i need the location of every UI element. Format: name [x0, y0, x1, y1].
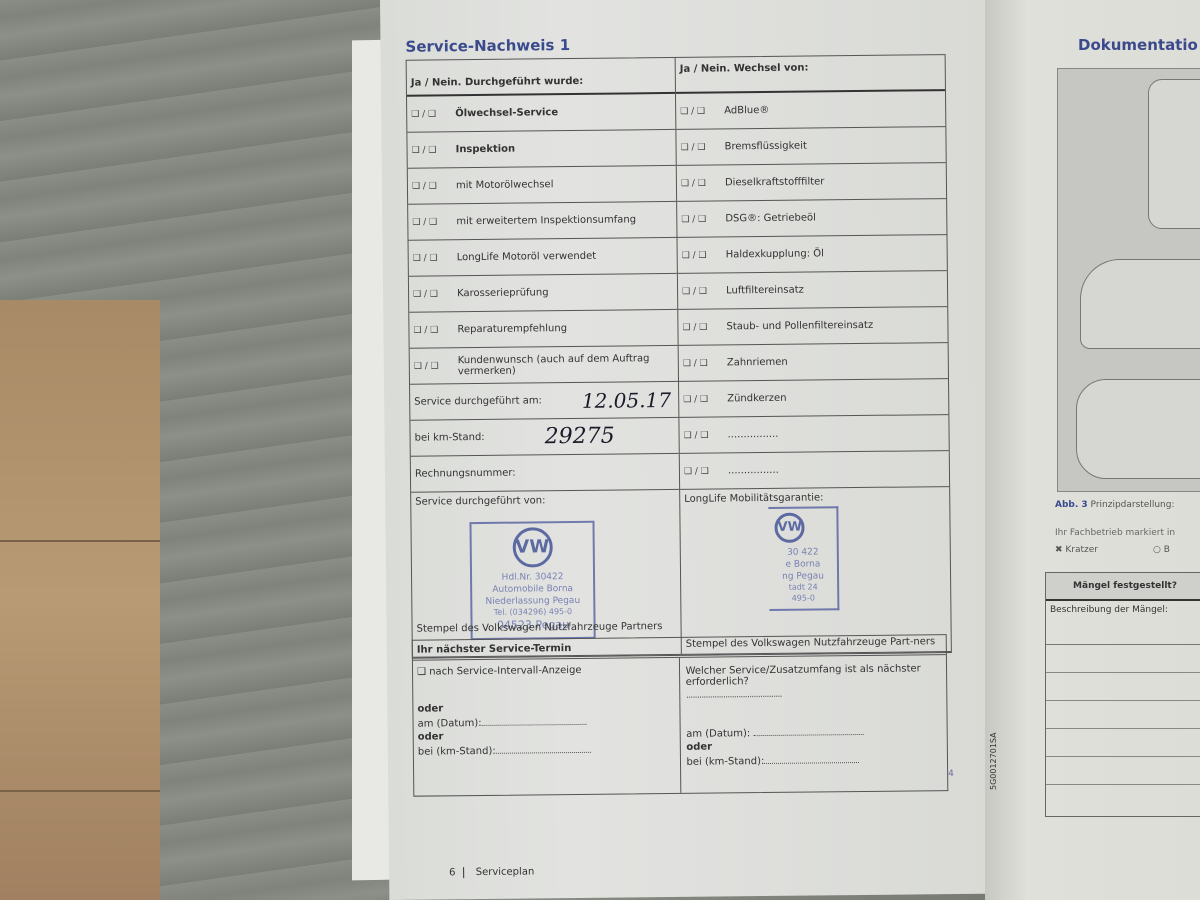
- replaced-item: ❑ / ❑Dieselkraftstofffilter: [677, 163, 946, 202]
- service-date-value[interactable]: 12.05.17: [582, 387, 671, 412]
- yes-no-checkbox[interactable]: ❑ / ❑: [414, 361, 458, 371]
- stamp-line: Niederlassung Pegau: [478, 595, 587, 608]
- stamp-line: tadt 24: [775, 583, 831, 594]
- yes-no-checkbox[interactable]: ❑ / ❑: [413, 325, 457, 335]
- performed-by-box: Service durchgeführt von: VW Hdl.Nr. 304…: [411, 490, 681, 658]
- yes-no-checkbox[interactable]: ❑ / ❑: [413, 289, 457, 299]
- tile-seam: [0, 790, 160, 792]
- floor-tiles: [0, 300, 160, 900]
- replaced-header: Ja / Nein. Wechsel von:: [676, 55, 945, 94]
- replaced-item-label: Zündkerzen: [727, 391, 948, 404]
- replaced-item: ❑ / ❑................: [680, 451, 949, 490]
- performed-item: ❑ / ❑Karosserieprüfung: [409, 274, 677, 313]
- next-service-what: Welcher Service/Zusatzumfang ist als näc…: [679, 655, 947, 793]
- yes-no-checkbox[interactable]: ❑ / ❑: [681, 142, 725, 152]
- performed-by-label: Service durchgeführt von:: [415, 494, 675, 508]
- service-date-label: Service durchgeführt am:: [414, 395, 542, 407]
- km-value[interactable]: 29275: [545, 424, 615, 450]
- vw-logo-icon: VW: [774, 513, 804, 543]
- performed-item-label: mit Motorölwechsel: [456, 178, 676, 191]
- replaced-item-label: DSG®: Getriebeöl: [725, 211, 946, 224]
- next-date-label: am (Datum):: [418, 718, 482, 730]
- performed-item-label: Inspektion: [456, 142, 676, 155]
- invoice-row: Rechnungsnummer:: [411, 454, 679, 493]
- vehicle-diagram: [1057, 68, 1200, 492]
- dotted-line: [482, 715, 587, 726]
- replaced-item: ❑ / ❑AdBlue®: [676, 91, 945, 130]
- yes-no-checkbox[interactable]: ❑ / ❑: [683, 358, 727, 368]
- performed-item: ❑ / ❑Inspektion: [407, 130, 675, 169]
- next-km-label: bei (km-Stand):: [686, 756, 764, 768]
- mobility-stamp: VW 30 422 e Borna ng Pegau tadt 24 495-0: [768, 506, 839, 611]
- legend-other: ○ B: [1153, 545, 1170, 555]
- replaced-column: Ja / Nein. Wechsel von: ❑ / ❑AdBlue®❑ / …: [676, 55, 951, 655]
- figure-caption: Abb. 3 Prinzipdarstellung:: [1055, 500, 1175, 510]
- legend-scratch: ✖ Kratzer: [1055, 545, 1098, 555]
- service-form: Ja / Nein. Durchgeführt wurde: ❑ / ❑Ölwe…: [406, 54, 952, 659]
- replaced-item-label: ................: [728, 463, 949, 476]
- dotted-line: [496, 743, 591, 754]
- or-text: oder: [417, 701, 675, 715]
- yes-no-checkbox[interactable]: ❑ / ❑: [412, 181, 456, 191]
- invoice-label: Rechnungsnummer:: [415, 468, 516, 480]
- page-number: 6: [449, 867, 464, 878]
- performed-item: ❑ / ❑Ölwechsel-Service: [407, 94, 675, 133]
- checkbox-icon: ❑: [417, 667, 429, 678]
- defects-box: Mängel festgestellt? Beschreibung der Mä…: [1045, 572, 1200, 817]
- interval-option-label: nach Service-Intervall-Anzeige: [429, 665, 581, 678]
- figure-text: Prinzipdarstellung:: [1091, 500, 1175, 510]
- figure-label: Abb. 3: [1055, 500, 1088, 510]
- interval-option[interactable]: ❑ nach Service-Intervall-Anzeige: [417, 664, 675, 678]
- stamp-line: 30 422: [775, 546, 831, 559]
- performed-item: ❑ / ❑Reparaturempfehlung: [409, 310, 677, 349]
- next-date-field-2[interactable]: am (Datum):: [686, 724, 941, 740]
- replaced-item-label: Luftfiltereinsatz: [726, 283, 947, 296]
- replaced-item: ❑ / ❑Zündkerzen: [679, 379, 948, 418]
- performed-item: ❑ / ❑Kundenwunsch (auch auf dem Auftrag …: [410, 346, 678, 385]
- stamp-caption: Stempel des Volkswagen Nutzfahrzeuge Par…: [417, 621, 663, 635]
- performed-item-label: mit erweitertem Inspektionsumfang: [456, 214, 676, 227]
- mobility-label: LongLife Mobilitätsgarantie:: [684, 491, 945, 505]
- next-km-label: bei (km-Stand):: [418, 746, 496, 758]
- yes-no-checkbox[interactable]: ❑ / ❑: [684, 430, 728, 440]
- mobility-box: LongLife Mobilitätsgarantie: VW 30 422 e…: [680, 487, 951, 655]
- next-service-when: ❑ nach Service-Intervall-Anzeige oder am…: [413, 658, 681, 796]
- vw-logo-icon: VW: [512, 527, 552, 567]
- yes-no-checkbox[interactable]: ❑ / ❑: [412, 145, 456, 155]
- dotted-line: [764, 753, 859, 764]
- replaced-item-label: ................: [728, 427, 949, 440]
- yes-no-checkbox[interactable]: ❑ / ❑: [683, 394, 727, 404]
- replaced-item: ❑ / ❑Haldexkupplung: Öl: [678, 235, 947, 274]
- replaced-item-label: Dieselkraftstofffilter: [725, 175, 946, 188]
- replaced-item: ❑ / ❑Luftfiltereinsatz: [678, 271, 947, 310]
- performed-item: ❑ / ❑mit erweitertem Inspektionsumfang: [408, 202, 676, 241]
- stamp-line: 495-0: [775, 594, 831, 605]
- replaced-item: ❑ / ❑DSG®: Getriebeöl: [677, 199, 946, 238]
- defects-header: Mängel festgestellt?: [1046, 573, 1200, 601]
- yes-no-checkbox[interactable]: ❑ / ❑: [681, 178, 725, 188]
- section-name: Serviceplan: [476, 866, 535, 878]
- performed-item-label: Ölwechsel-Service: [455, 106, 675, 119]
- yes-no-checkbox[interactable]: ❑ / ❑: [682, 286, 726, 296]
- yes-no-checkbox[interactable]: ❑ / ❑: [681, 214, 725, 224]
- yes-no-checkbox[interactable]: ❑ / ❑: [680, 106, 724, 116]
- tile-seam: [0, 540, 160, 542]
- van-side-view: [1080, 259, 1200, 349]
- replaced-item: ❑ / ❑Bremsflüssigkeit: [676, 127, 945, 166]
- next-service-answer-field[interactable]: ........................................…: [686, 687, 941, 701]
- page-footer: 6 Serviceplan: [449, 866, 534, 878]
- performed-item-label: LongLife Motoröl verwendet: [457, 250, 677, 263]
- yes-no-checkbox[interactable]: ❑ / ❑: [682, 322, 726, 332]
- dealer-note: Ihr Fachbetrieb markiert in: [1055, 528, 1175, 538]
- performed-item-label: Kundenwunsch (auch auf dem Auftrag verme…: [458, 352, 678, 376]
- next-date-field[interactable]: am (Datum):: [418, 714, 676, 730]
- performed-item: ❑ / ❑mit Motorölwechsel: [408, 166, 676, 205]
- documentation-title: Dokumentatio: [1078, 36, 1198, 54]
- performed-item-label: Karosserieprüfung: [457, 286, 677, 299]
- performed-header: Ja / Nein. Durchgeführt wurde:: [407, 58, 675, 97]
- defects-description-label: Beschreibung der Mängel:: [1046, 601, 1200, 645]
- yes-no-checkbox[interactable]: ❑ / ❑: [684, 466, 728, 476]
- yes-no-checkbox[interactable]: ❑ / ❑: [411, 109, 455, 119]
- replaced-item: ❑ / ❑................: [679, 415, 948, 454]
- stamp-line: Automobile Borna: [478, 583, 587, 596]
- defects-lines[interactable]: [1046, 645, 1200, 785]
- km-label: bei km-Stand:: [415, 432, 485, 444]
- document-code: 5G0012701SA: [989, 732, 998, 790]
- or-text: oder: [686, 739, 941, 753]
- stamp-line: ng Pegau: [775, 571, 831, 584]
- km-row: bei km-Stand: 29275: [410, 418, 678, 457]
- replaced-item-label: Staub- und Pollenfiltereinsatz: [726, 319, 947, 332]
- replaced-item: ❑ / ❑Staub- und Pollenfiltereinsatz: [678, 307, 947, 346]
- next-km-field-2[interactable]: bei (km-Stand):: [686, 752, 941, 768]
- performed-item: ❑ / ❑LongLife Motoröl verwendet: [409, 238, 677, 277]
- replaced-item-label: Bremsflüssigkeit: [724, 139, 945, 152]
- legend: ✖ Kratzer○ B: [1055, 545, 1170, 555]
- documentation-page: Dokumentatio Abb. 3 Prinzipdarstellung: …: [985, 0, 1200, 900]
- replaced-item-label: AdBlue®: [724, 103, 945, 116]
- replaced-item: ❑ / ❑Zahnriemen: [679, 343, 948, 382]
- replaced-item-label: Haldexkupplung: Öl: [726, 247, 947, 260]
- replaced-item-label: Zahnriemen: [727, 355, 948, 368]
- service-date-row: Service durchgeführt am: 12.05.17: [410, 382, 678, 421]
- corner-mark: 4: [948, 769, 954, 779]
- performed-column: Ja / Nein. Durchgeführt wurde: ❑ / ❑Ölwe…: [407, 58, 682, 658]
- van-front-view: [1148, 79, 1200, 229]
- yes-no-checkbox[interactable]: ❑ / ❑: [682, 250, 726, 260]
- performed-item-label: Reparaturempfehlung: [457, 322, 677, 335]
- stamp-line: Tel. (034296) 495-0: [478, 607, 587, 619]
- service-record-page: Service-Nachweis 1 Ja / Nein. Durchgefüh…: [380, 0, 994, 900]
- stamp-line: e Borna: [775, 558, 831, 571]
- next-date-label: am (Datum):: [686, 728, 750, 740]
- next-km-field[interactable]: bei (km-Stand):: [418, 742, 676, 758]
- stamp-line: Hdl.Nr. 30422: [478, 571, 587, 584]
- yes-no-checkbox[interactable]: ❑ / ❑: [412, 217, 456, 227]
- dotted-line: [753, 725, 863, 736]
- van-top-view: [1076, 379, 1200, 479]
- or-text: oder: [418, 729, 676, 743]
- yes-no-checkbox[interactable]: ❑ / ❑: [413, 253, 457, 263]
- next-service-box: Ihr nächster Service-Termin ❑ nach Servi…: [412, 634, 949, 797]
- page-title: Service-Nachweis 1: [405, 36, 570, 56]
- next-service-question: Welcher Service/Zusatzumfang ist als näc…: [685, 663, 940, 688]
